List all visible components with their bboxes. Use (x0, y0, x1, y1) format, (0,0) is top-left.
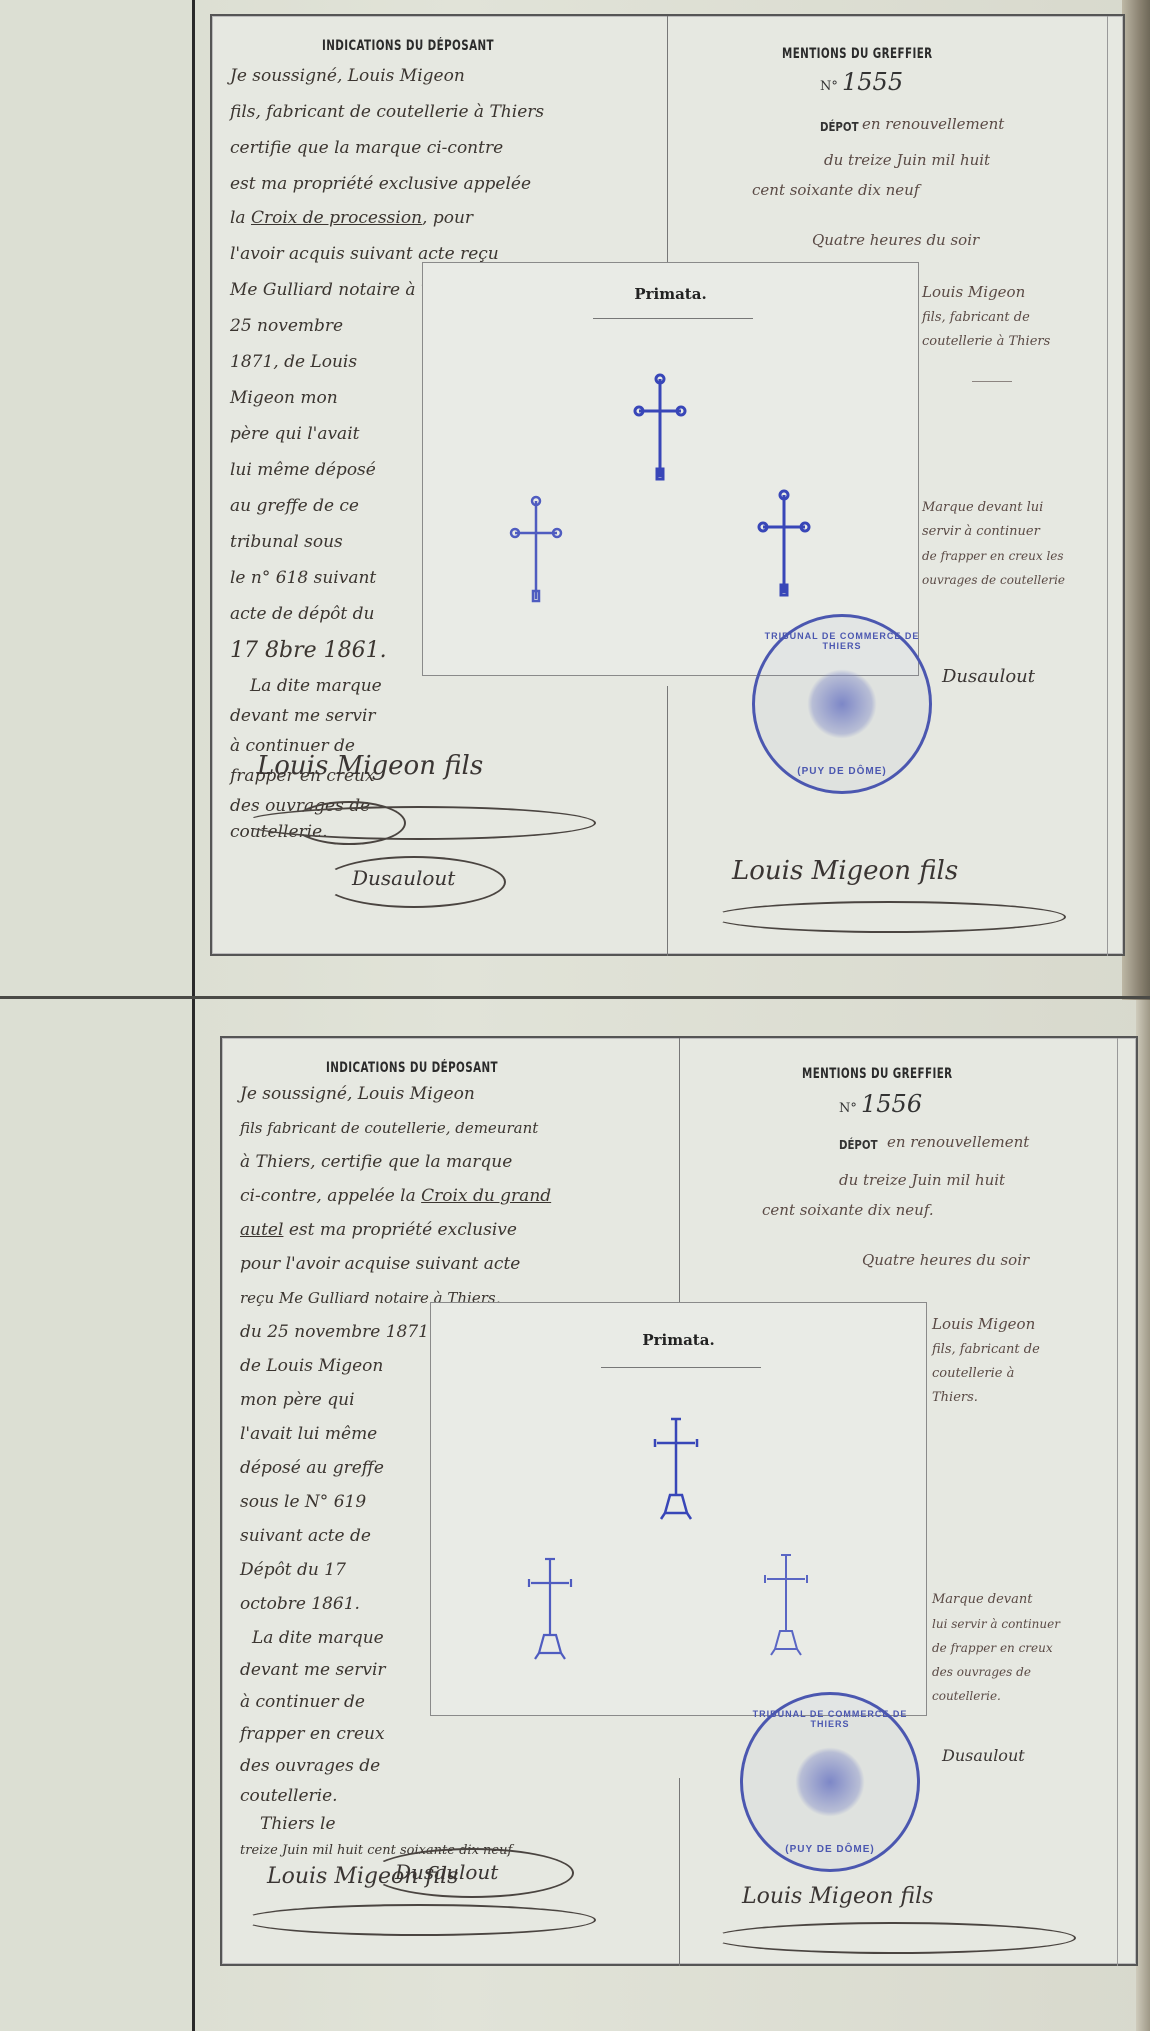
deposant-line: l'avait lui même (240, 1418, 377, 1451)
deposant-line: 25 novembre (230, 310, 343, 343)
altar-cross-icon (761, 1549, 811, 1659)
deposant-line: Migeon mon (230, 382, 338, 415)
mark-title-rule (593, 318, 753, 319)
tribunal-stamp: TRIBUNAL DE COMMERCE DE THIERS (PUY DE D… (752, 614, 932, 794)
side-note: coutellerie. (932, 1682, 1001, 1710)
side-note: coutellerie à Thiers (922, 328, 1050, 356)
deposant-line: est ma propriété exclusive appelée (230, 168, 531, 201)
deposit-form-1555: INDICATIONS DU DÉPOSANT MENTIONS DU GREF… (210, 14, 1125, 956)
stamp-emblem-icon (807, 669, 877, 739)
stamp-emblem-icon (795, 1747, 865, 1817)
deposit-number: N° 1555 (820, 68, 903, 96)
mark-title: Primata. (423, 285, 918, 303)
deposant-line: certifie que la marque ci-contre (230, 132, 503, 165)
deposant-line: La dite marque (250, 670, 382, 703)
depot-label: DÉPOT (839, 1138, 878, 1152)
deposant-signature: Louis Migeon fils (257, 751, 483, 781)
deposant-line: la Croix de procession, pour (230, 202, 473, 235)
altar-cross-icon (525, 1553, 575, 1663)
greffier-line-2: du treize Juin mil huit (839, 1166, 1005, 1194)
greffier-line-4: Quatre heures du soir (862, 1246, 1029, 1274)
deposant-line: frapper en creux (240, 1718, 385, 1751)
deposant-line: acte de dépôt du (230, 598, 374, 631)
deposit-form-1556: INDICATIONS DU DÉPOSANT MENTIONS DU GREF… (220, 1036, 1138, 1966)
mark-title: Primata. (431, 1331, 926, 1349)
deposant-line: devant me servir (240, 1654, 386, 1687)
deposant-line: devant me servir (230, 700, 376, 733)
deposant-line: suivant acte de (240, 1520, 371, 1553)
column-divider (1117, 1038, 1118, 1966)
column-divider (679, 1038, 680, 1302)
signature-flourish (712, 1922, 1076, 1954)
deposant-line: à Thiers, certifie que la marque (240, 1146, 512, 1179)
column-divider (1107, 16, 1108, 956)
greffier-line-1: en renouvellement (887, 1128, 1029, 1156)
deposant-line: mon père qui (240, 1384, 355, 1417)
signature-flourish (712, 901, 1066, 933)
header-mentions-greffier: MENTIONS DU GREFFIER (802, 1066, 953, 1082)
greffier-signature: Dusaulout (942, 1746, 1025, 1765)
signature-flourish (242, 1904, 596, 1936)
deposant-line: de Louis Migeon (240, 1350, 383, 1383)
signature-flourish (322, 856, 506, 908)
header-indications-deposant: INDICATIONS DU DÉPOSANT (322, 38, 494, 54)
signature-flourish (370, 1848, 574, 1898)
deposant-line: octobre 1861. (240, 1588, 360, 1621)
processional-cross-icon (509, 495, 563, 605)
side-note: Louis Migeon (932, 1310, 1035, 1338)
greffier-signature: Dusaulout (942, 666, 1035, 687)
deposant-line: du 25 novembre 1871 (240, 1316, 429, 1349)
deposant-line: tribunal sous (230, 526, 343, 559)
deposant-signature: Louis Migeon fils (742, 1884, 933, 1909)
deposant-line: au greffe de ce (230, 490, 359, 523)
mark-name: autel (240, 1220, 283, 1240)
deposant-line: 17 8bre 1861. (230, 634, 387, 667)
deposant-line: le n° 618 suivant (230, 562, 376, 595)
mark-impression-box: Primata. (430, 1302, 927, 1716)
greffier-line-2: du treize Juin mil huit (824, 146, 990, 174)
greffier-line-1: en renouvellement (862, 110, 1004, 138)
deposant-line: lui même déposé (230, 454, 376, 487)
side-note: Thiers. (932, 1384, 978, 1412)
depot-label: DÉPOT (820, 120, 859, 134)
column-divider (667, 686, 668, 956)
deposant-line: à continuer de (240, 1686, 365, 1719)
side-note: ouvrages de coutellerie (922, 566, 1065, 594)
left-page-margin (0, 0, 192, 2031)
tribunal-stamp: TRIBUNAL DE COMMERCE DE THIERS (PUY DE D… (740, 1692, 920, 1872)
deposant-line: Dépôt du 17 (240, 1554, 346, 1587)
deposant-line: Je soussigné, Louis Migeon (230, 60, 465, 93)
page-binding-line (192, 0, 195, 2031)
deposant-line: fils fabricant de coutellerie, demeurant (240, 1112, 538, 1145)
greffier-line-3: cent soixante dix neuf (752, 176, 919, 204)
deposant-line: fils, fabricant de coutellerie à Thiers (230, 96, 544, 129)
processional-cross-icon (633, 373, 687, 483)
deposant-line: déposé au greffe (240, 1452, 384, 1485)
deposant-signature: Louis Migeon fils (732, 856, 958, 886)
deposant-line: 1871, de Louis (230, 346, 357, 379)
deposant-line: autel est ma propriété exclusive (240, 1214, 517, 1247)
deposant-line: père qui l'avait (230, 418, 359, 451)
side-note: Louis Migeon (922, 278, 1025, 306)
greffier-line-3: cent soixante dix neuf. (762, 1196, 934, 1224)
column-divider (679, 1778, 680, 1966)
deposant-line: ci-contre, appelée la Croix du grand (240, 1180, 551, 1213)
mark-name: Croix du grand (421, 1186, 551, 1206)
altar-cross-icon (651, 1413, 701, 1523)
deposant-line: Je soussigné, Louis Migeon (240, 1078, 475, 1111)
book-page-edge (1136, 1000, 1150, 2031)
deposant-line: des ouvrages de (240, 1750, 380, 1783)
header-indications-deposant: INDICATIONS DU DÉPOSANT (326, 1060, 498, 1076)
greffier-line-4: Quatre heures du soir (812, 226, 979, 254)
deposit-number: N° 1556 (839, 1090, 922, 1118)
signature-flourish (292, 801, 406, 845)
processional-cross-icon (757, 489, 811, 599)
page-divider (0, 996, 1150, 999)
deposant-line: sous le N° 619 (240, 1486, 366, 1519)
separator-dash (972, 381, 1012, 382)
deposant-line: La dite marque (252, 1622, 384, 1655)
book-page-edge (1122, 0, 1150, 1000)
header-mentions-greffier: MENTIONS DU GREFFIER (782, 46, 933, 62)
deposant-line: pour l'avoir acquise suivant acte (240, 1248, 520, 1281)
mark-name: Croix de procession (251, 208, 422, 228)
mark-title-rule (601, 1367, 761, 1368)
